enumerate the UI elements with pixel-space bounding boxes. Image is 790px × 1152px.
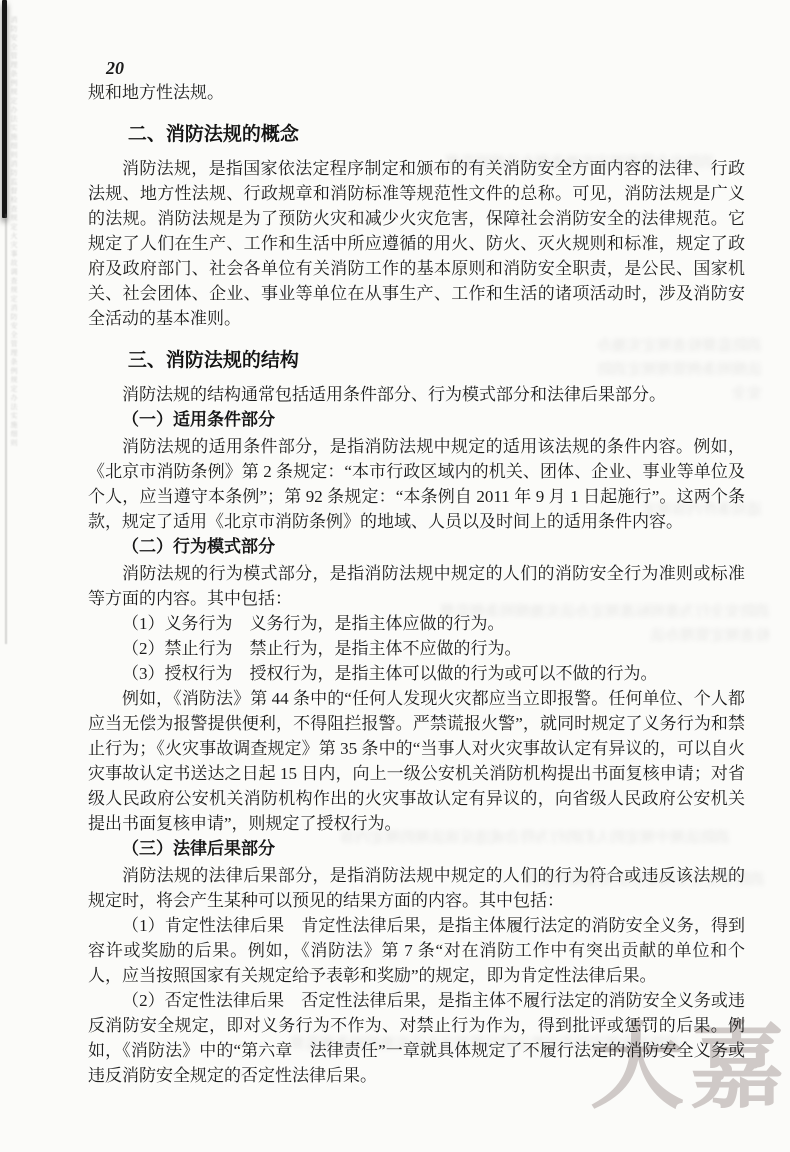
list-item-prohibited-behavior: （2）禁止行为 禁止行为，是指主体不应做的行为。 <box>88 636 745 661</box>
paragraph-applicable-conditions: 消防法规的适用条件部分，是指消防法规中规定的适用该法规的条件内容。例如，《北京市… <box>88 434 745 534</box>
list-item-authorized-behavior: （3）授权行为 授权行为，是指主体可以做的行为或可以不做的行为。 <box>88 661 745 686</box>
paragraph-positive-consequence: （1）肯定性法律后果 肯定性法律后果，是指主体履行法定的消防安全义务，得到容许或… <box>88 913 745 988</box>
subheading-legal-consequence: （三）法律后果部分 <box>88 837 745 862</box>
paragraph-behavior-example: 例如，《消防法》第 44 条中的“任何人发现火灾都应当立即报警。任何单位、个人都… <box>88 686 745 836</box>
scanned-page: 消防安全管理条例规定办法实施细则消防监督检查规定火灾事故调查规定消防安全管理条例… <box>0 0 790 1152</box>
paragraph-continuation: 规和地方性法规。 <box>88 80 745 105</box>
bleed-through-margin-text: 消防安全管理条例规定办法实施细则消防监督检查规定火灾事故调查规定消防安全管理条例… <box>7 16 19 636</box>
section-heading-concept: 二、消防法规的概念 <box>88 121 745 147</box>
page-number: 20 <box>106 56 745 80</box>
subheading-behavior-pattern: （二）行为模式部分 <box>88 535 745 560</box>
paragraph-structure-intro: 消防法规的结构通常包括适用条件部分、行为模式部分和法律后果部分。 <box>88 382 745 407</box>
section-heading-structure: 三、消防法规的结构 <box>88 347 745 373</box>
paragraph-concept: 消防法规，是指国家依法定程序制定和颁布的有关消防安全方面内容的法律、行政法规、地… <box>88 156 745 331</box>
subheading-applicable-conditions: （一）适用条件部分 <box>88 408 745 433</box>
watermark-text: 大嘉 <box>590 1018 790 1118</box>
paragraph-behavior-pattern: 消防法规的行为模式部分，是指消防法规中规定的人们的消防安全行为准则或标准等方面的… <box>88 561 745 611</box>
paragraph-legal-consequence: 消防法规的法律后果部分，是指消防法规中规定的人们的行为符合或违反该法规的规定时，… <box>88 863 745 913</box>
page-content: 20 规和地方性法规。 二、消防法规的概念 消防法规，是指国家依法定程序制定和颁… <box>88 0 745 1088</box>
list-item-obligatory-behavior: （1）义务行为 义务行为，是指主体应做的行为。 <box>88 611 745 636</box>
